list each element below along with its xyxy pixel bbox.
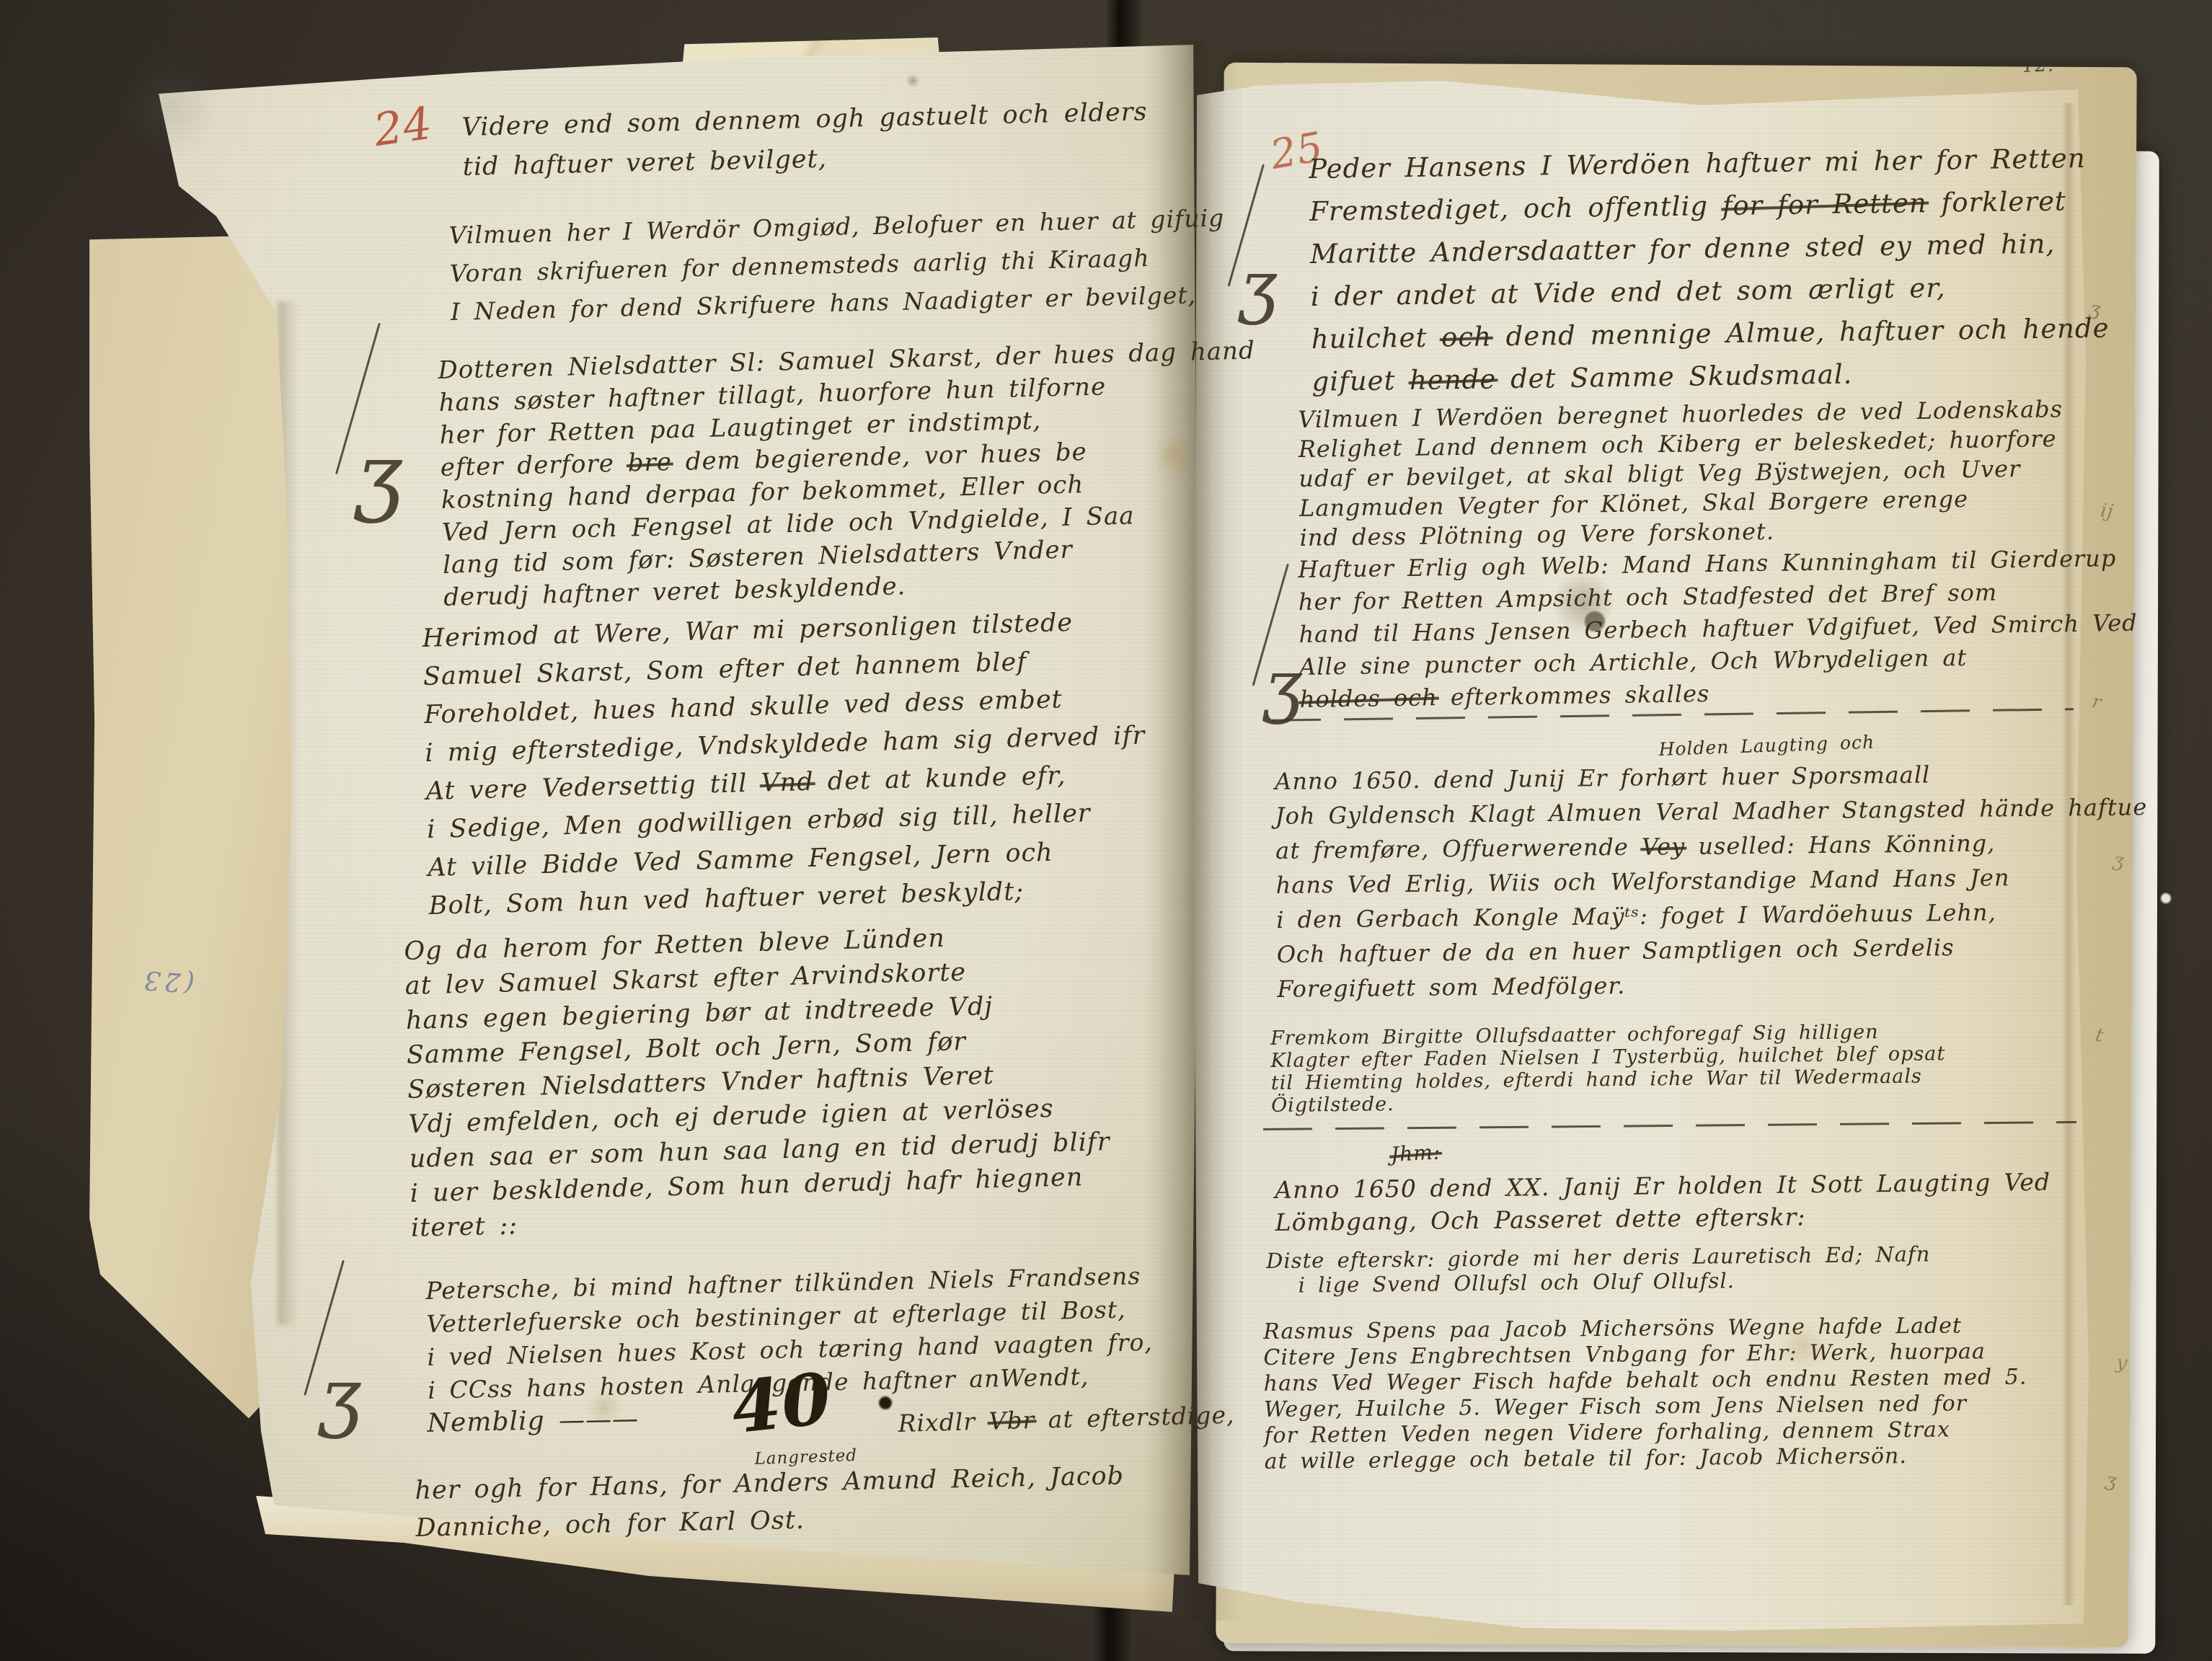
left-sum-amount: 40 [727, 1350, 836, 1458]
fore-edge-ink-scrap: t [2093, 1022, 2106, 1050]
manuscript-line: Holden Laugting och [1658, 730, 1875, 762]
ink-layer: 242512.(23Videre end som dennem ogh gast… [0, 0, 2212, 1661]
paragraph-mark-curl: ʒ [319, 1352, 361, 1440]
manuscript-line: 24 [370, 92, 436, 161]
right-paragraph-3: Haftuer Erlig ogh Welb: Mand Hans Kunnin… [1298, 542, 2138, 716]
right-paragraph-2: Vilmuen I Werdöen beregnet huorledes de … [1298, 394, 2065, 553]
paragraph-mark: ʒ [1239, 164, 1282, 327]
paragraph-mark-curl: ʒ [355, 425, 403, 525]
paragraph-mark: ʒ [355, 323, 398, 525]
right-paragraph-7: Diste efterskr: giorde mi her deris Laur… [1266, 1241, 1931, 1298]
manuscript-line: t [2093, 1022, 2106, 1050]
paragraph-mark: ʒ [1263, 564, 1306, 726]
left-paragraph-1: Videre end som dennem ogh gastuelt och e… [461, 92, 1149, 187]
right-paragraph-6: Anno 1650 dend XX. Janij Er holden It So… [1275, 1166, 2051, 1239]
paper-speck [2161, 893, 2171, 903]
struck-text: Vbr [988, 1406, 1035, 1435]
fore-edge-ink-scrap: y [2115, 1350, 2130, 1377]
left-paragraph-4: Herimod at Were, War mi personligen tils… [422, 603, 1149, 926]
struck-text: for for Retten [1722, 187, 1927, 221]
paragraph-mark-curl: ʒ [1239, 247, 1278, 327]
manuscript-line: ʒ [2104, 1467, 2120, 1494]
manuscript-scan: 242512.(23Videre end som dennem ogh gast… [0, 0, 2212, 1661]
right-paragraph-1: Peder Hansens I Werdöen haftuer mi her f… [1309, 137, 2110, 403]
ink-blot [1585, 611, 1605, 632]
left-page-number: 24 [370, 92, 436, 161]
left-paragraph-7: her ogh for Hans, for Anders Amund Reich… [415, 1457, 1125, 1547]
manuscript-line: (23 [139, 961, 195, 1001]
paper-stain [587, 1390, 621, 1425]
right-interline-heading: Holden Laugting och [1658, 730, 1875, 762]
right-paragraph-5: Fremkom Birgitte Ollufsdaatter ochforega… [1270, 1020, 1946, 1117]
folio-corner-number: 12. [2022, 52, 2055, 79]
manuscript-line: ij [2099, 497, 2115, 525]
ink-blot [879, 1396, 892, 1409]
manuscript-line: Jhm: [1390, 1138, 1441, 1169]
right-paragraph-8: Rasmus Spens paa Jacob Michersöns Wegne … [1263, 1313, 2027, 1475]
struck-text: Vey [1642, 833, 1686, 861]
struck-text: hende [1410, 363, 1497, 396]
fore-edge-ink-scrap: ʒ [2104, 1467, 2120, 1494]
paper-stain [1152, 434, 1195, 477]
pencil-archival-mark: (23 [139, 961, 195, 1001]
left-paragraph-3: Dotteren Nielsdatter Sl: Samuel Skarst, … [438, 335, 1261, 614]
paper-stain [1552, 571, 1615, 634]
struck-text: Jhm: [1390, 1140, 1441, 1166]
manuscript-line: 12. [2022, 52, 2055, 79]
struck-text: holdes och [1300, 683, 1438, 713]
left-paragraph-2: Vilmuen her I Werdör Omgiød, Belofuer en… [448, 199, 1226, 331]
struck-text: Vnd [761, 768, 814, 798]
right-struck-heading: Jhm: [1390, 1138, 1441, 1169]
paragraph-mark: ʒ [319, 1260, 362, 1440]
left-sum-tail: Rixdlr Vbr at efterstdige, [898, 1399, 1235, 1440]
paper-stain [906, 74, 920, 88]
manuscript-line: Rixdlr Vbr at efterstdige, [898, 1399, 1235, 1440]
dashed-divider [1263, 1121, 2076, 1130]
right-paragraph-4: Anno 1650. dend Junij Er forhørt huer Sp… [1275, 755, 2149, 1006]
struck-text: bre [627, 448, 672, 477]
manuscript-line: y [2115, 1350, 2130, 1377]
paragraph-mark-curl: ʒ [1263, 647, 1302, 726]
struck-text: och [1441, 321, 1492, 353]
left-paragraph-5: Og da herom for Retten bleve Lündenat le… [404, 917, 1112, 1246]
fore-edge-ink-scrap: ij [2099, 497, 2115, 525]
paper-stain [120, 58, 221, 159]
manuscript-line: 40 [727, 1350, 836, 1458]
paper-stain [1778, 1322, 1827, 1371]
